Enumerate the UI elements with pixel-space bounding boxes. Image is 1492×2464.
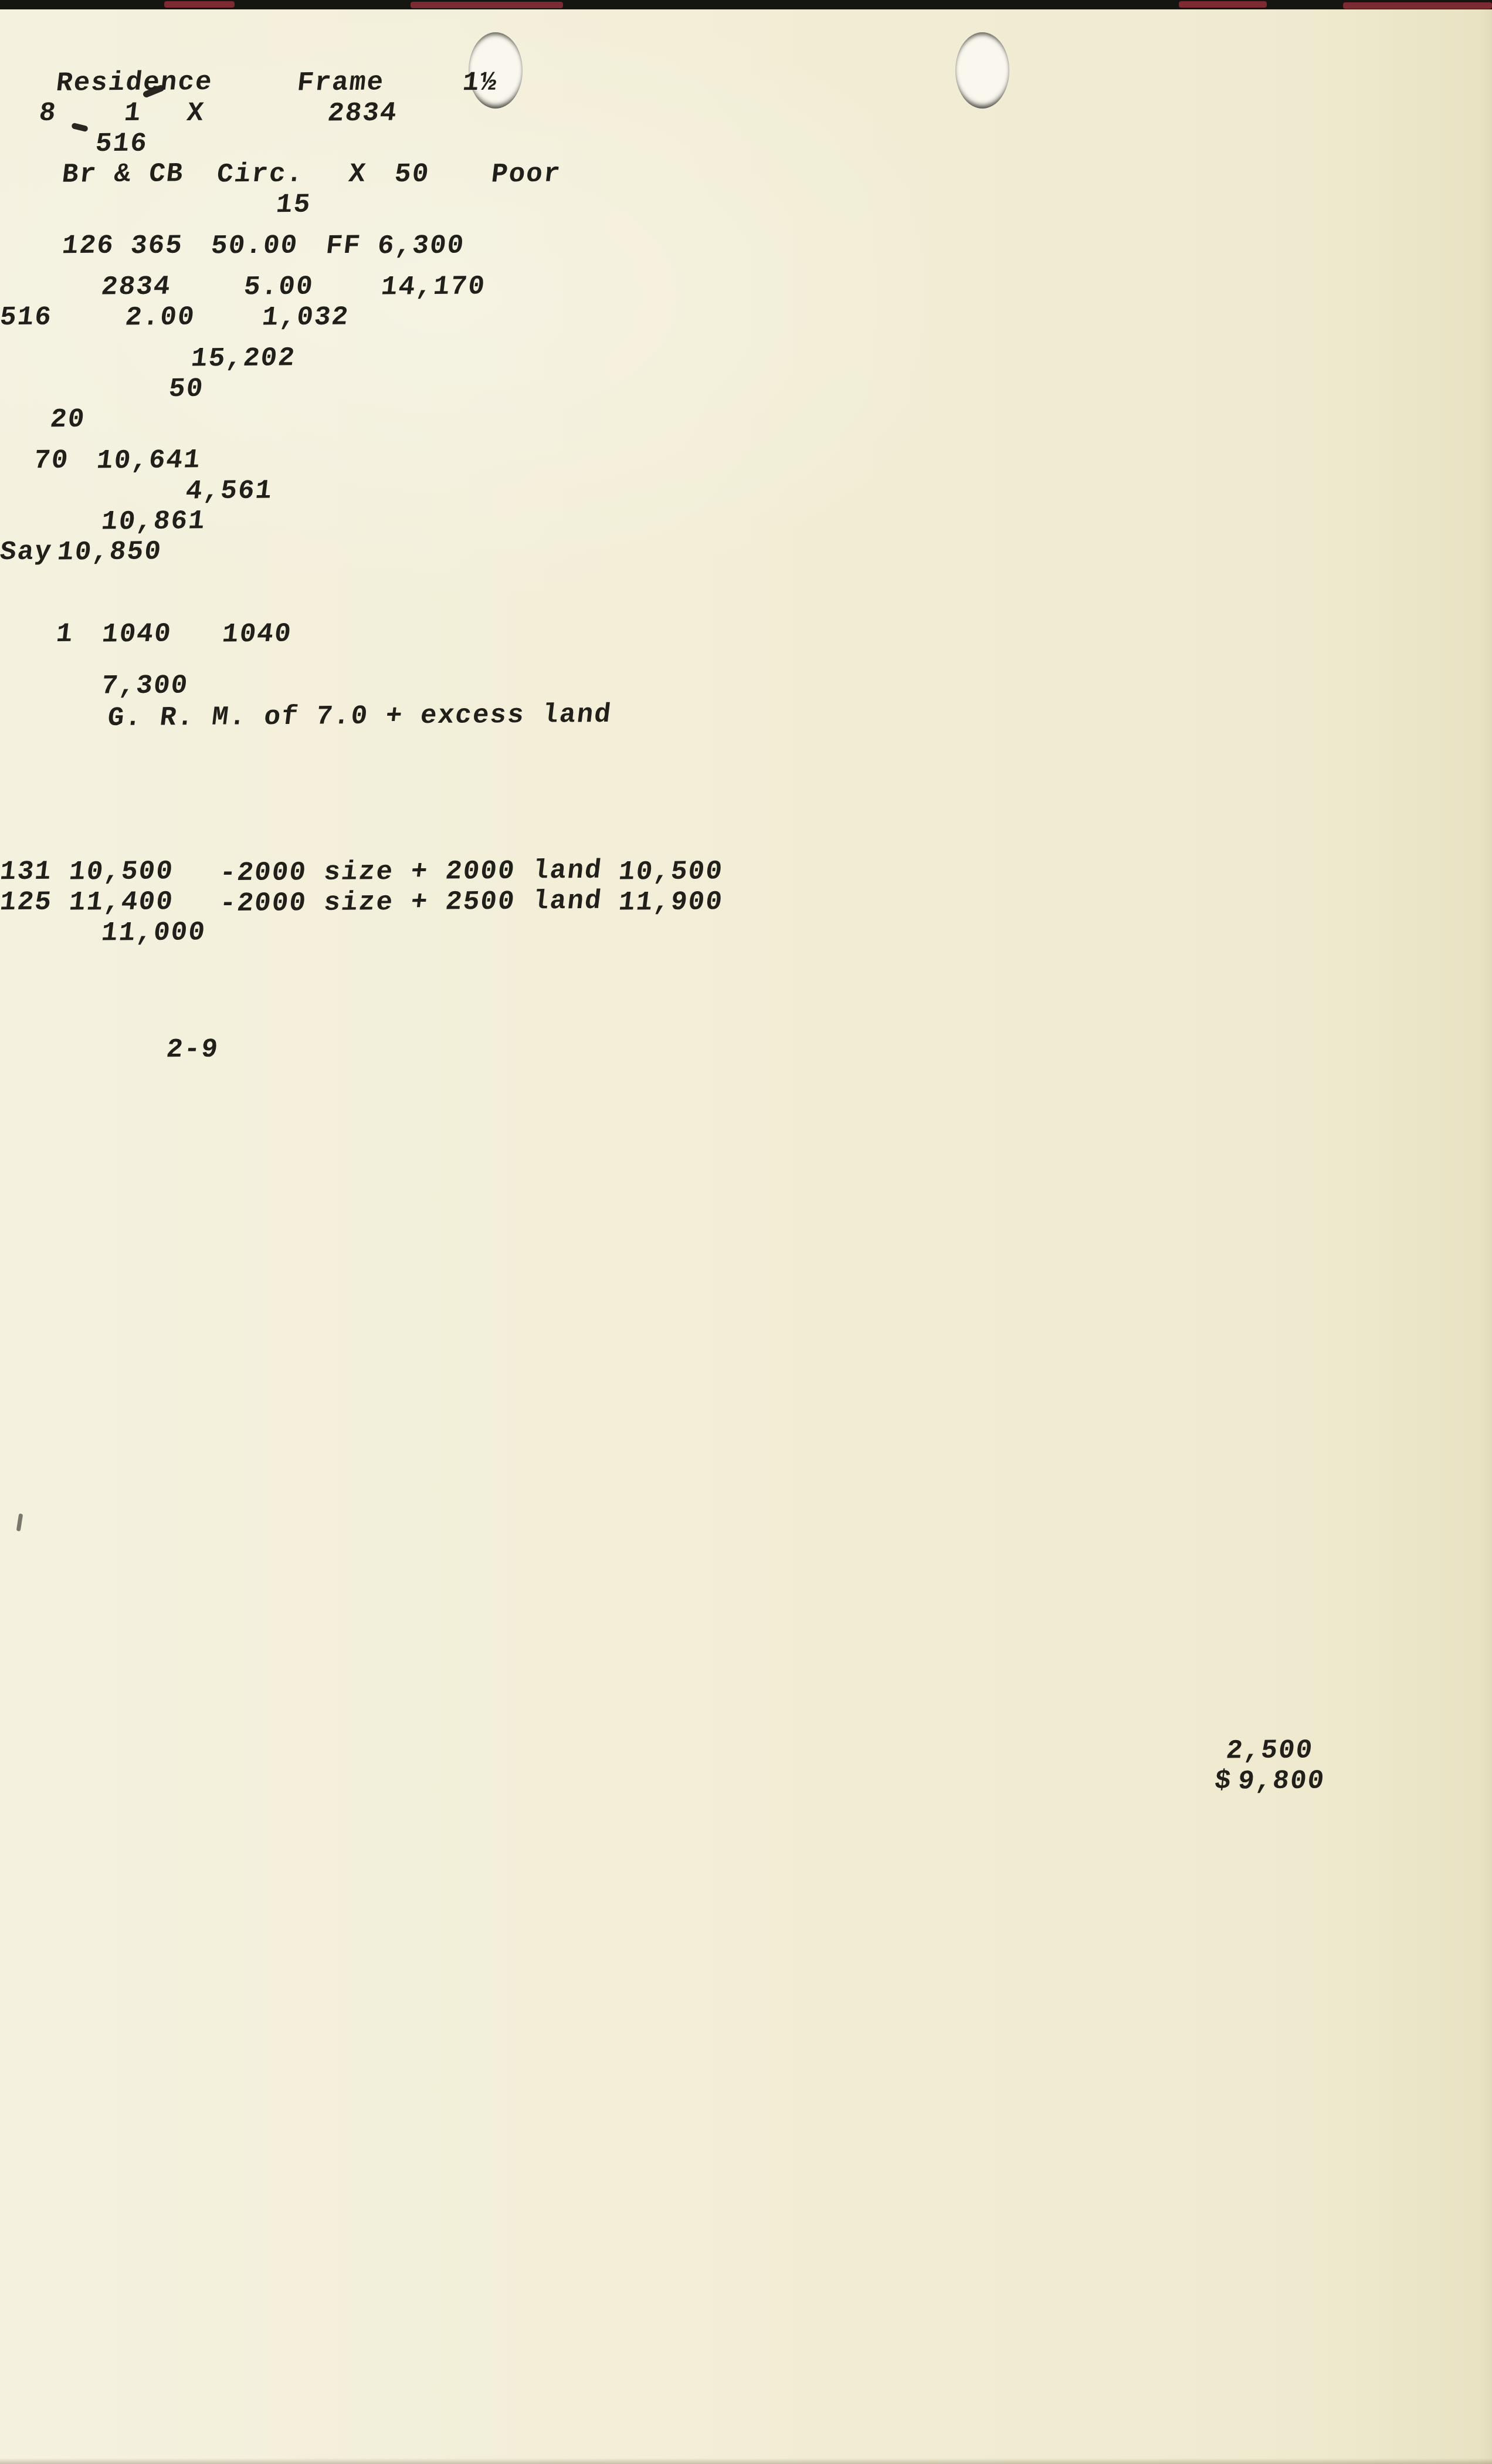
indicated-value: 10,861 (100, 506, 208, 537)
rent-value: 1040 (100, 619, 174, 650)
sale-number-field: 125 (0, 902, 52, 912)
paper-bottom-edge (0, 2458, 1492, 2464)
sales-price-field: 11,400 (69, 902, 174, 912)
how-calculated-value: G. R. M. of 7.0 + excess land (106, 699, 613, 733)
units-value: 1 (55, 619, 76, 649)
condition-field: Poor (491, 174, 561, 184)
red-ink-mark (411, 2, 563, 8)
land-total-value: 6,300 (376, 230, 466, 261)
inside-field: X (187, 113, 205, 123)
economic-value: 20 (49, 404, 87, 435)
construction-value: Frame (295, 67, 385, 98)
red-ink-mark (164, 1, 235, 8)
land-total-field: 6,300 (378, 245, 464, 256)
depth-value: 365 (129, 231, 185, 262)
sqft-field: 516 (0, 317, 52, 327)
adjustments-field: -2000 size + 2000 land (179, 871, 602, 882)
rate-field: 5.00 (244, 286, 313, 297)
amount-value: 1,032 (260, 302, 351, 333)
depreciation-total-pct-field: 70 (34, 460, 69, 471)
construction-field: Frame (297, 82, 384, 93)
useful-life-field: 15 (276, 204, 311, 215)
total-cost-value: 15,202 (189, 343, 297, 374)
per-unit-field: FF (326, 245, 361, 256)
depreciation-total-amount: 10,641 (95, 445, 203, 476)
scan-top-edge (0, 0, 1492, 9)
indicated-value-field: 10,861 (101, 521, 206, 532)
rate-value: 2.00 (124, 302, 197, 333)
red-ink-mark (1343, 2, 1492, 9)
age-condition-value: 50 (167, 374, 205, 404)
how-calculated-field: G. R. M. of 7.0 + excess land (90, 716, 612, 726)
inside-value: X (185, 98, 206, 128)
rate-field: 2.00 (126, 317, 195, 327)
parcel-field: 2-9 (167, 1035, 219, 1064)
red-ink-mark (1179, 1, 1267, 8)
depth-field: 365 (131, 245, 183, 256)
total-cost-field: 15,202 (191, 358, 296, 368)
porches-field: 516 (96, 143, 148, 154)
stories-value: 1½ (461, 67, 499, 98)
income-sum-value: 9,800 (1236, 1765, 1327, 1796)
enclosed-field: 2834 (328, 113, 397, 123)
adjustments-field: -2000 size + 2500 land (179, 902, 602, 912)
useful-life-value: 15 (274, 189, 312, 220)
income-sum-line: $ 9,800 (1164, 1766, 1375, 1796)
amount-field: 14,170 (381, 286, 486, 297)
land-rate-field: 50.00 (211, 245, 298, 256)
sale-number-field: 131 (0, 871, 52, 882)
income-added-value: 2,500 (1225, 1735, 1315, 1766)
rooms-field: 8 (39, 113, 57, 123)
size-value: 126 (60, 231, 116, 262)
land-rate-value: 50.00 (209, 230, 300, 261)
function-value: Residence (55, 67, 215, 99)
elect-field: X (349, 174, 367, 184)
size-field: 126 (62, 245, 114, 256)
rent-field: 1040 (102, 634, 171, 644)
adjustments-value: -2000 size + 2500 land (218, 886, 604, 919)
say-value: 10,850 (56, 536, 164, 567)
indicated-value: 7,300 (100, 670, 190, 701)
sqft-value: 2834 (100, 272, 173, 303)
rate-value: 5.00 (242, 272, 316, 303)
dollar-sign: $ (1213, 1766, 1234, 1796)
age-condition-field: 50 (169, 388, 204, 399)
indicated-subject-field: 10,500 (619, 871, 723, 882)
units-field: 1 (56, 634, 74, 644)
sale-number: 131 (0, 857, 54, 888)
sales-price-field: 10,500 (69, 871, 174, 882)
sale-number: 125 (0, 887, 54, 918)
income-amount-field: 1040 (222, 634, 291, 644)
depreciated-value: 4,561 (184, 475, 274, 506)
income-sum-block: 2,500 $ 9,800 (1164, 1735, 1375, 1796)
age-value: 50 (393, 159, 431, 189)
indicated-value-field: 11,000 (101, 932, 206, 943)
indicated-subject-value: 10,500 (617, 856, 725, 887)
heat-value: Circ. (215, 158, 306, 189)
indicated-value-field: 7,300 (101, 685, 188, 696)
depreciated-value-field: 4,561 (186, 490, 273, 501)
baths-field: 1 (124, 113, 142, 123)
per-unit-value: FF (324, 231, 362, 261)
sales-price: 10,500 (67, 856, 175, 887)
sqft-field: 2834 (101, 286, 171, 297)
heat-field: Circ. (217, 174, 304, 184)
foundation-field: Br & CB (62, 174, 184, 184)
income-amount-value: 1040 (220, 619, 293, 650)
baths-value: 1 (123, 98, 144, 128)
indicated-subject-value: 11,900 (617, 886, 725, 918)
condition-value: Poor (490, 159, 563, 190)
parcel-value: 2-9 (165, 1034, 221, 1065)
hole-punch-right (955, 32, 1009, 109)
porches-value: 516 (94, 128, 150, 160)
amount-field: 1,032 (262, 317, 349, 327)
function-field: Residence (56, 82, 212, 93)
foundation-value: Br & CB (60, 158, 185, 189)
indicated-subject-field: 11,900 (619, 902, 723, 912)
sales-price: 11,400 (67, 886, 175, 918)
enclosed-value: 2834 (326, 98, 399, 129)
economic-field: 20 (50, 419, 85, 429)
age-field: 50 (395, 174, 429, 184)
say-label: Say (0, 537, 54, 568)
indicated-value: 11,000 (100, 917, 208, 948)
amount-value: 14,170 (379, 271, 487, 302)
sqft-value: 516 (0, 302, 54, 333)
stories-field: 1½ (463, 82, 497, 93)
depreciation-total-amount-field: 10,641 (97, 460, 201, 471)
adjustments-value: -2000 size + 2000 land (218, 855, 604, 889)
depreciation-total-pct: 70 (32, 445, 70, 476)
